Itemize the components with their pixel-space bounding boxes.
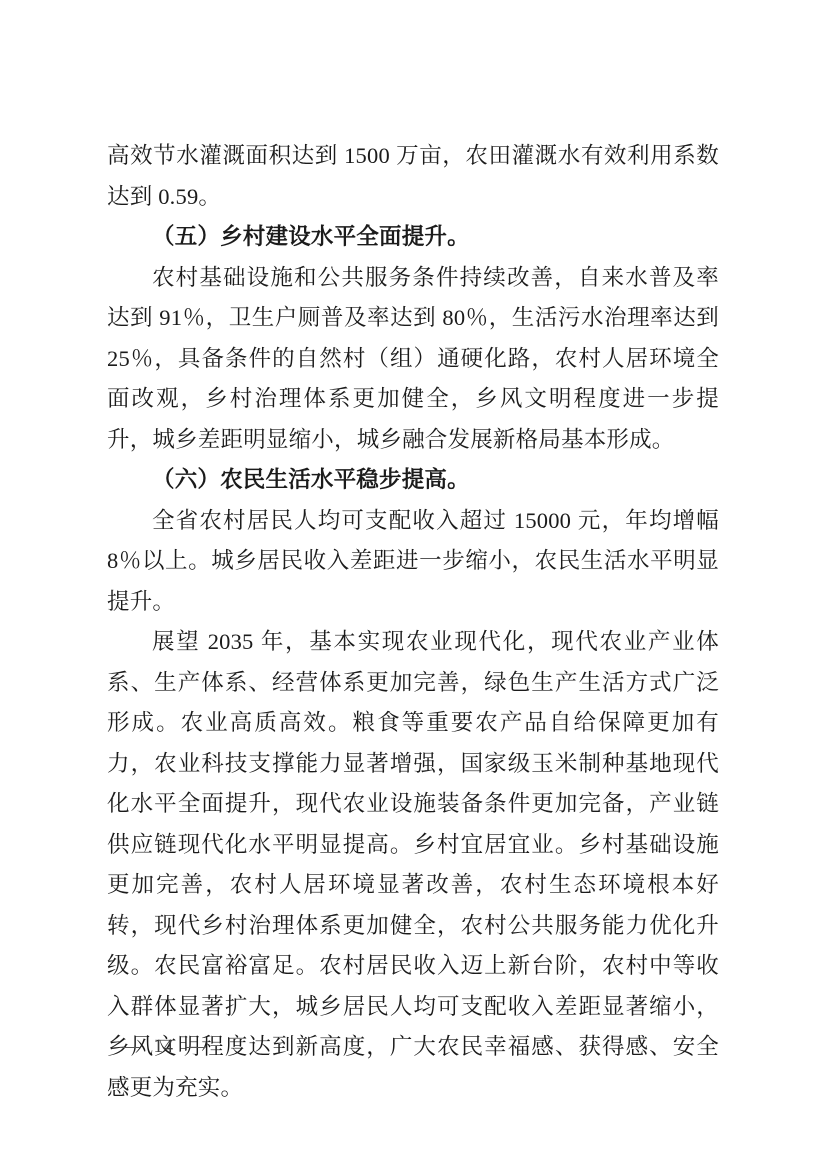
paragraph-irrigation-continuation: 高效节水灌溉面积达到 1500 万亩，农田灌溉水有效利用系数达到 0.59。 bbox=[107, 136, 719, 217]
footer-dash-right: — bbox=[187, 1034, 207, 1060]
document-page: 高效节水灌溉面积达到 1500 万亩，农田灌溉水有效利用系数达到 0.59。 （… bbox=[0, 0, 826, 1169]
paragraph-rural-income: 全省农村居民人均可支配收入超过 15000 元，年均增幅 8％以上。城乡居民收入… bbox=[107, 501, 719, 623]
section-heading-6-farmer-living-standards: （六）农民生活水平稳步提高。 bbox=[107, 460, 719, 501]
footer-dash-left: — bbox=[121, 1034, 141, 1060]
page-footer: — 14 — bbox=[121, 1034, 206, 1060]
paragraph-rural-infrastructure: 农村基础设施和公共服务条件持续改善，自来水普及率达到 91％，卫生户厕普及率达到… bbox=[107, 258, 719, 461]
section-heading-5-rural-construction: （五）乡村建设水平全面提升。 bbox=[107, 217, 719, 258]
page-body-text: 高效节水灌溉面积达到 1500 万亩，农田灌溉水有效利用系数达到 0.59。 （… bbox=[107, 136, 719, 1108]
page-number: 14 bbox=[154, 1034, 174, 1060]
